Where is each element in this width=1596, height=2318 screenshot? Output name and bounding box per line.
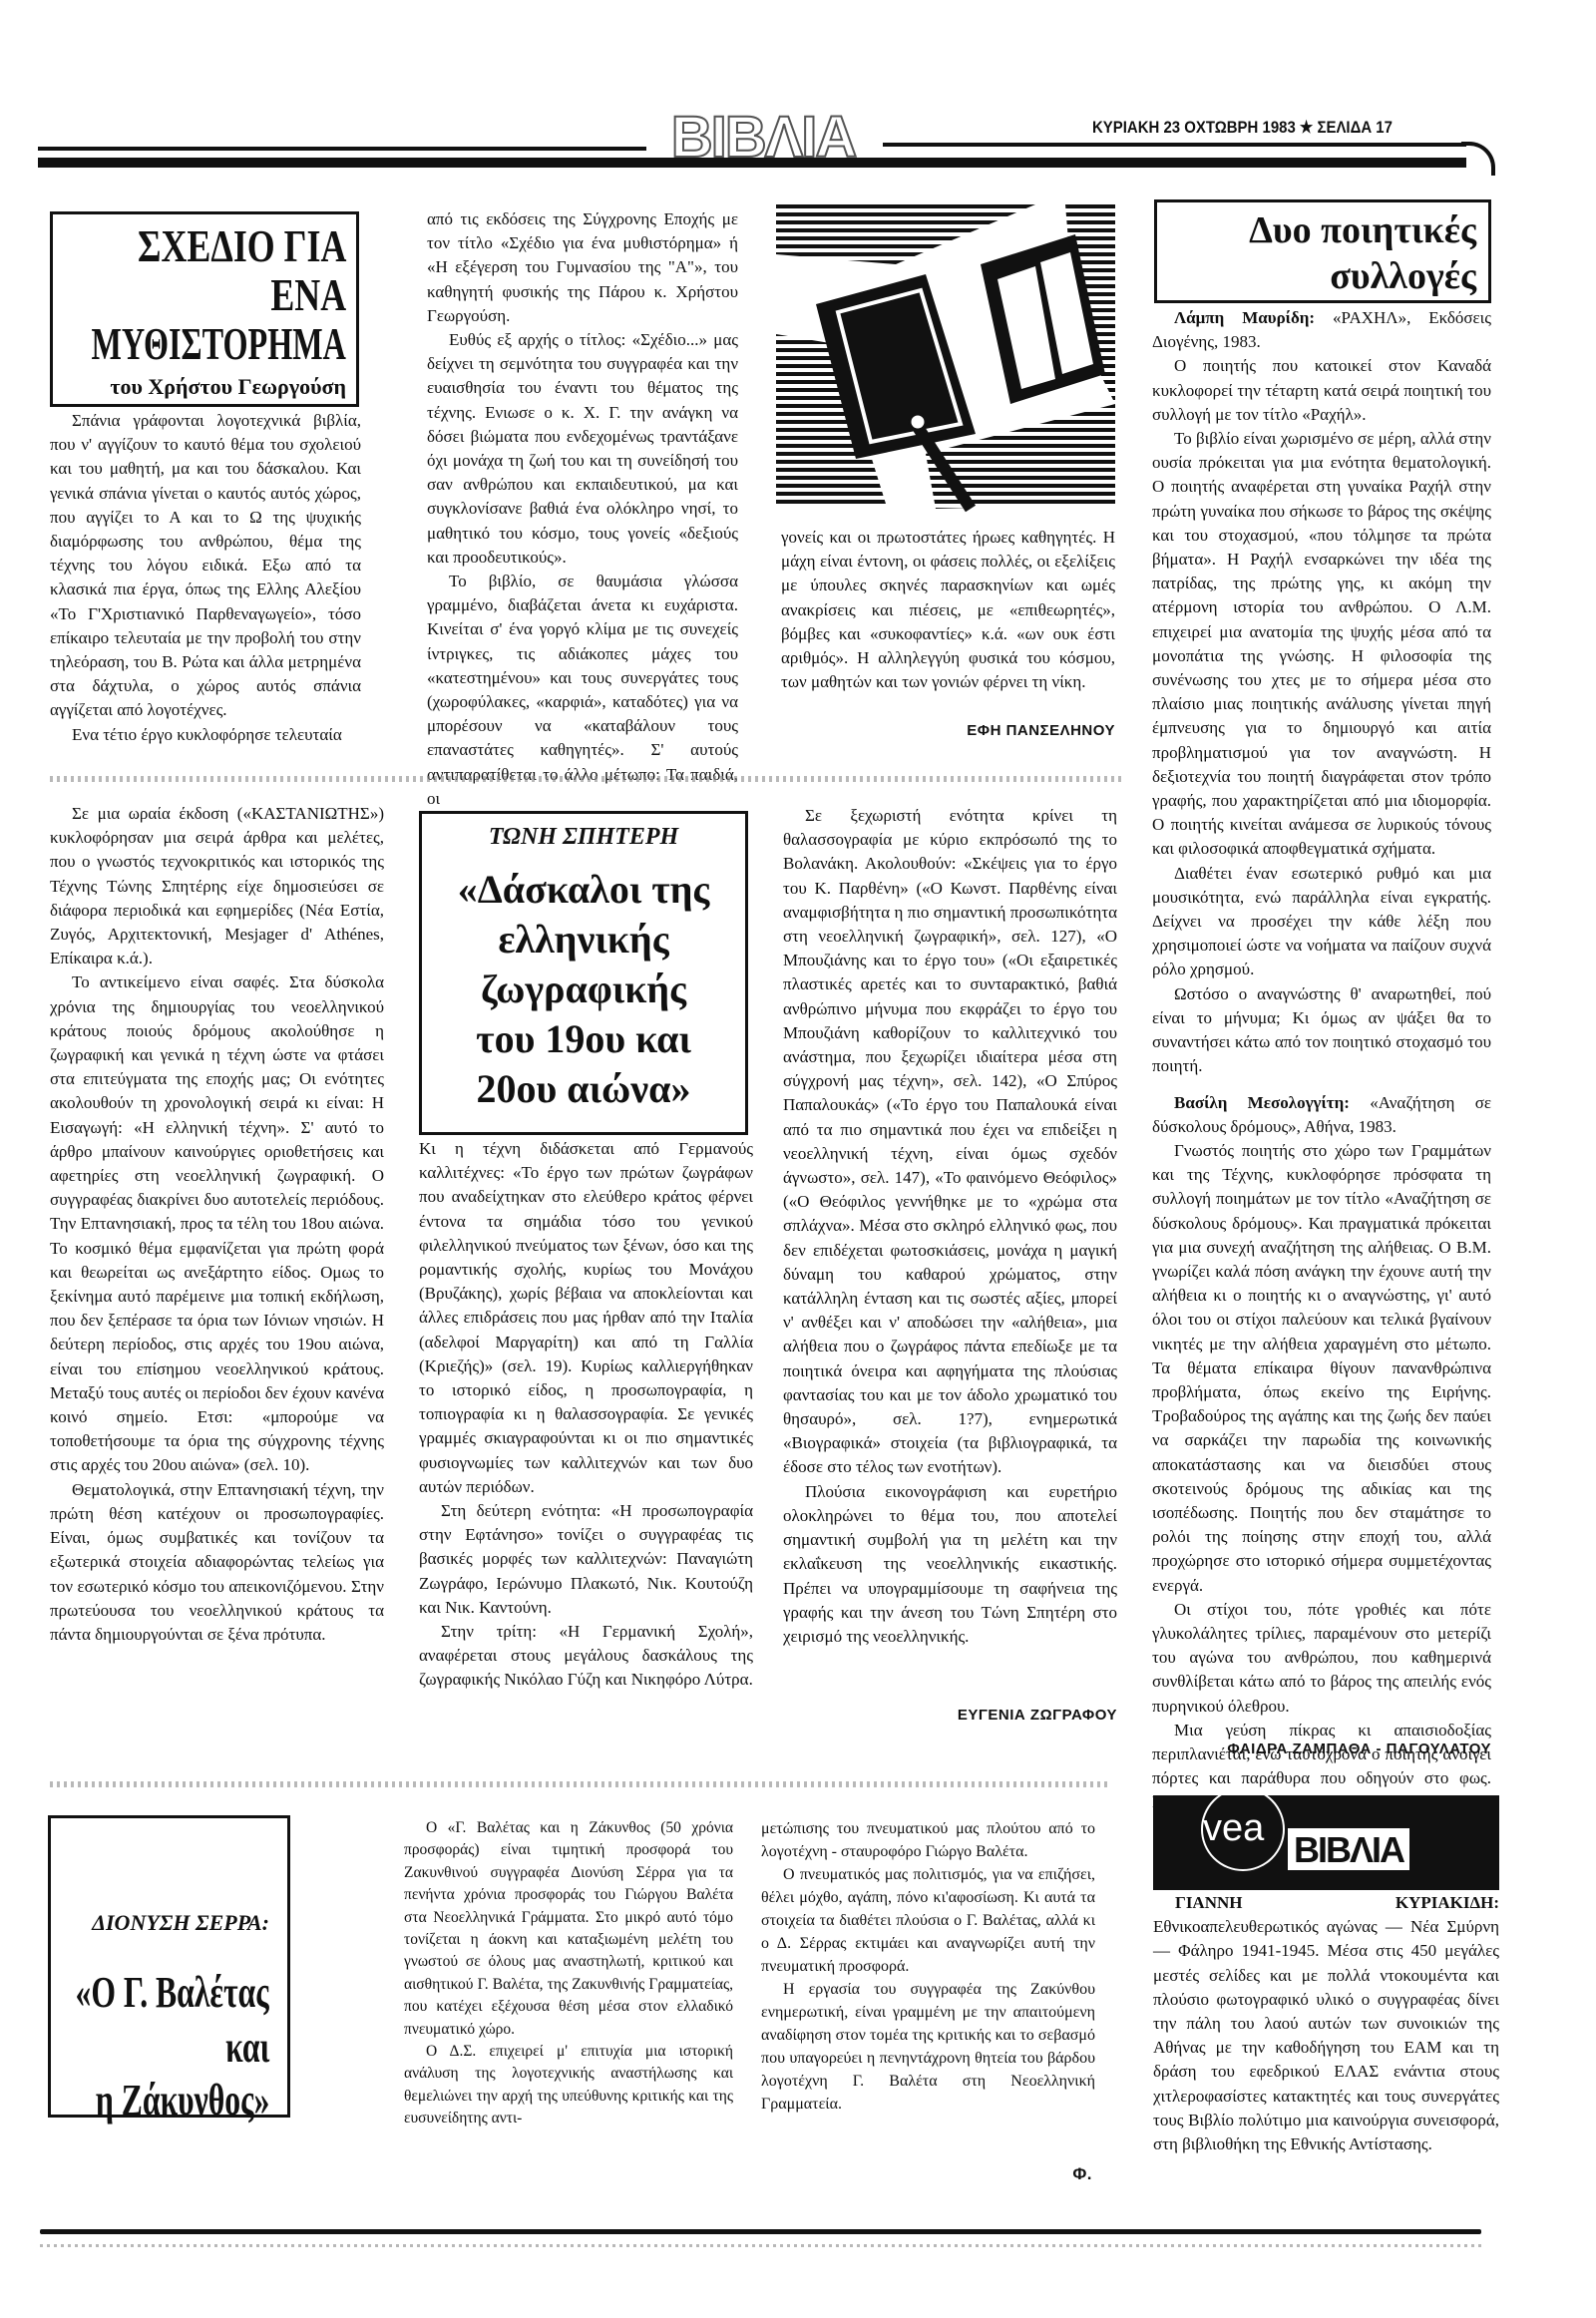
article1-paragraph: από τις εκδόσεις της Σύγχρονης Εποχής με… [427,207,738,328]
biblia-logo-text: ΒΙΒΛΙΑ [1288,1828,1409,1870]
article2-headline-line-4: του 19ου και [422,1014,745,1064]
article2-paragraph: Κι η τέχνη διδάσκεται από Γερμανούς καλλ… [419,1137,753,1499]
article1-byline: του Χρήστου Γεωργούση [110,374,346,400]
article3-book-author: Βασίλη Μεσολογγίτη: [1174,1093,1350,1112]
article2-paragraph: Σε ξεχωριστή ενότητα κρίνει τη θαλασσογρ… [783,804,1117,1480]
article1-paragraph: γονείς και οι πρωτοστάτες ήρωες καθηγητέ… [781,526,1115,694]
article3-paragraph: Το βιβλίο είναι χωρισμένο σε μέρη, αλλά … [1152,427,1491,862]
article4-author-label: ΔΙΟΝΥΣΗ ΣΕΡΡΑ: [92,1910,269,1936]
article4-headline-line-1: «Ο Γ. Βαλέτας [76,1968,269,2018]
article4-paragraph: μετώπισης του πνευματικού μας πλούτου απ… [761,1817,1095,1863]
article1-paragraph: Το βιβλίο, σε θαυμάσια γλώσσα γραμμένο, … [427,570,738,811]
article3-paragraph: Γνωστός ποιητής στο χώρο των Γραμμάτων κ… [1152,1139,1491,1598]
article4-paragraph: Ο πνευματικός μας πολιτισμός, για να επι… [761,1863,1095,1978]
article5-text: Εθνικοαπελευθερωτικός αγώνας — Νέα Σμύρν… [1153,1917,1499,2153]
article1-headline-box: ΣΧΕΔΙΟ ΓΙΑ ΕΝΑ ΜΥΘΙΣΤΟΡΗΜΑ του Χρήστου Γ… [50,211,359,407]
article1-headline-line-3: ΜΥΘΙΣΤΟΡΗΜΑ [92,320,346,368]
article2-paragraph: Πλούσια εικονογράφιση και ευρετήριο ολοκ… [783,1480,1117,1649]
article1-signature: ΕΦΗ ΠΑΝΣΕΛΗΝΟΥ [781,722,1115,739]
article3-book-author: Λάμπη Μαυρίδη: [1174,308,1315,327]
article3-paragraph: Διαθέτει έναν εσωτερικό ρυθμό και μια μο… [1152,862,1491,982]
article4-headline-box: ΔΙΟΝΥΣΗ ΣΕΡΡΑ: «Ο Γ. Βαλέτας και η Ζάκυν… [48,1815,290,2118]
article1-paragraph: Ενα τέτιο έργο κυκλοφόρησε τελευταία [50,723,361,747]
article2-paragraph: Στη δεύτερη ενότητα: «Η προσωπογραφία στ… [419,1499,753,1620]
masthead-rule-thick [38,158,1466,168]
page-bottom-dots [40,2244,1481,2247]
masthead-rule-corner [1461,142,1495,176]
article5-book-author: ΓΙΑΝΝΗ ΚΥΡΙΑΚΙΔΗ: [1175,1893,1499,1912]
section-divider [50,776,1122,782]
article1-paragraph: Σπάνια γράφονται λογοτεχνικά βιβλία, που… [50,409,361,723]
vea-logo-text: vea [1203,1807,1264,1850]
dateline: ΚΥΡΙΑΚΗ 23 ΟΧΤΩΒΡΗ 1983 ★ ΣΕΛΙΔΑ 17 [1092,118,1425,138]
article2-headline-line-3: ζωγραφικής [422,965,745,1014]
article5-paragraph: ΓΙΑΝΝΗ ΚΥΡΙΑΚΙΔΗ: Εθνικοαπελευθερωτικός … [1153,1891,1499,2156]
article1-column-3: γονείς και οι πρωτοστάτες ήρωες καθηγητέ… [781,526,1115,694]
article2-headline-line-2: ελληνικής [422,915,745,965]
article4-signature: Φ. [1037,2164,1092,2184]
article3-signature: ΦΑΙΔΡΑ ΖΑΜΠΑΘΑ - ΠΑΓΟΥΛΑΤΟΥ [1152,1740,1491,1757]
article3-paragraph: Ο ποιητής που κατοικεί στον Καναδά κυκλο… [1152,354,1491,427]
masthead-rule-left [38,147,646,151]
article4-paragraph: Ο Δ.Σ. επιχειρεί μ' επιτυχία μια ιστορικ… [404,2041,733,2130]
open-book-illustration [776,204,1115,519]
article2-paragraph: Στην τρίτη: «Η Γερμανική Σχολή», αναφέρε… [419,1620,753,1693]
article2-paragraph: Σε μια ωραία έκδοση («ΚΑΣΤΑΝΙΩΤΗΣ») κυκλ… [50,802,384,970]
vea-biblia-logo: vea ΒΙΒΛΙΑ [1153,1795,1499,1890]
article2-author-label: ΤΩΝΗ ΣΠΗΤΕΡΗ [422,824,745,851]
article2-column-2: Κι η τέχνη διδάσκεται από Γερμανούς καλλ… [419,1137,753,1693]
article3-paragraph: Οι στίχοι του, πότε γροθιές και πότε γλυ… [1152,1598,1491,1719]
article1-headline-line-1: ΣΧΕΔΙΟ ΓΙΑ [138,222,346,270]
article2-headline-box: ΤΩΝΗ ΣΠΗΤΕΡΗ «Δάσκαλοι της ελληνικής ζωγ… [419,811,748,1135]
article1-column-2: από τις εκδόσεις της Σύγχρονης Εποχής με… [427,207,738,811]
article1-headline-line-2: ΕΝΑ [270,271,346,319]
article3-headline-line-2: συλλογές [1330,254,1476,298]
article3-paragraph: Λάμπη Μαυρίδη: «ΡΑΧΗΛ», Εκδόσεις Διογένη… [1152,306,1491,354]
article4-headline-line-2: και [225,2023,269,2073]
page-bottom-rule [40,2229,1481,2234]
article2-column-3: Σε ξεχωριστή ενότητα κρίνει τη θαλασσογρ… [783,804,1117,1649]
book-pen-icon [776,204,1115,519]
article4-paragraph: Ο «Γ. Βαλέτας και η Ζάκυνθος (50 χρόνια … [404,1817,733,2041]
article4-headline-line-3: η Ζάκυνθος» [96,2076,269,2125]
article2-signature: ΕΥΓΕΝΙΑ ΖΩΓΡΑΦΟΥ [783,1707,1117,1724]
article3-headline-line-1: Δυο ποιητικές [1249,208,1476,252]
article3-paragraph: Βασίλη Μεσολογγίτη: «Αναζήτηση σε δύσκολ… [1152,1091,1491,1139]
masthead-rule-right [883,143,1466,147]
article3-headline-box: Δυο ποιητικές συλλογές [1154,199,1491,303]
article2-column-1: Σε μια ωραία έκδοση («ΚΑΣΤΑΝΙΩΤΗΣ») κυκλ… [50,802,384,1647]
article1-column-1: Σπάνια γράφονται λογοτεχνικά βιβλία, που… [50,409,361,747]
article1-paragraph: Ευθύς εξ αρχής ο τίτλος: «Σχέδιο...» μας… [427,328,738,570]
article4-column-1-text: Ο «Γ. Βαλέτας και η Ζάκυνθος (50 χρόνια … [404,1817,733,2130]
article2-paragraph: Θεματολογικά, στην Επτανησιακή τέχνη, τη… [50,1478,384,1647]
article2-headline-line-1: «Δάσκαλοι της [422,865,745,915]
section-divider [50,1781,1107,1787]
article3-paragraph: Ωστόσο ο αναγνώστης θ' αναρωτηθεί, πού ε… [1152,982,1491,1079]
article4-column-2: μετώπισης του πνευματικού μας πλούτου απ… [761,1817,1095,2116]
article2-headline-line-5: 20ου αιώνα» [422,1064,745,1114]
article5-body: ΓΙΑΝΝΗ ΚΥΡΙΑΚΙΔΗ: Εθνικοαπελευθερωτικός … [1153,1891,1499,2156]
article4-paragraph: Η εργασία του συγγραφέα της Ζακύνθου ενη… [761,1978,1095,2116]
article3-body: Λάμπη Μαυρίδη: «ΡΑΧΗΛ», Εκδόσεις Διογένη… [1152,306,1491,1839]
article2-paragraph: Το αντικείμενο είναι σαφές. Στα δύσκολα … [50,970,384,1477]
